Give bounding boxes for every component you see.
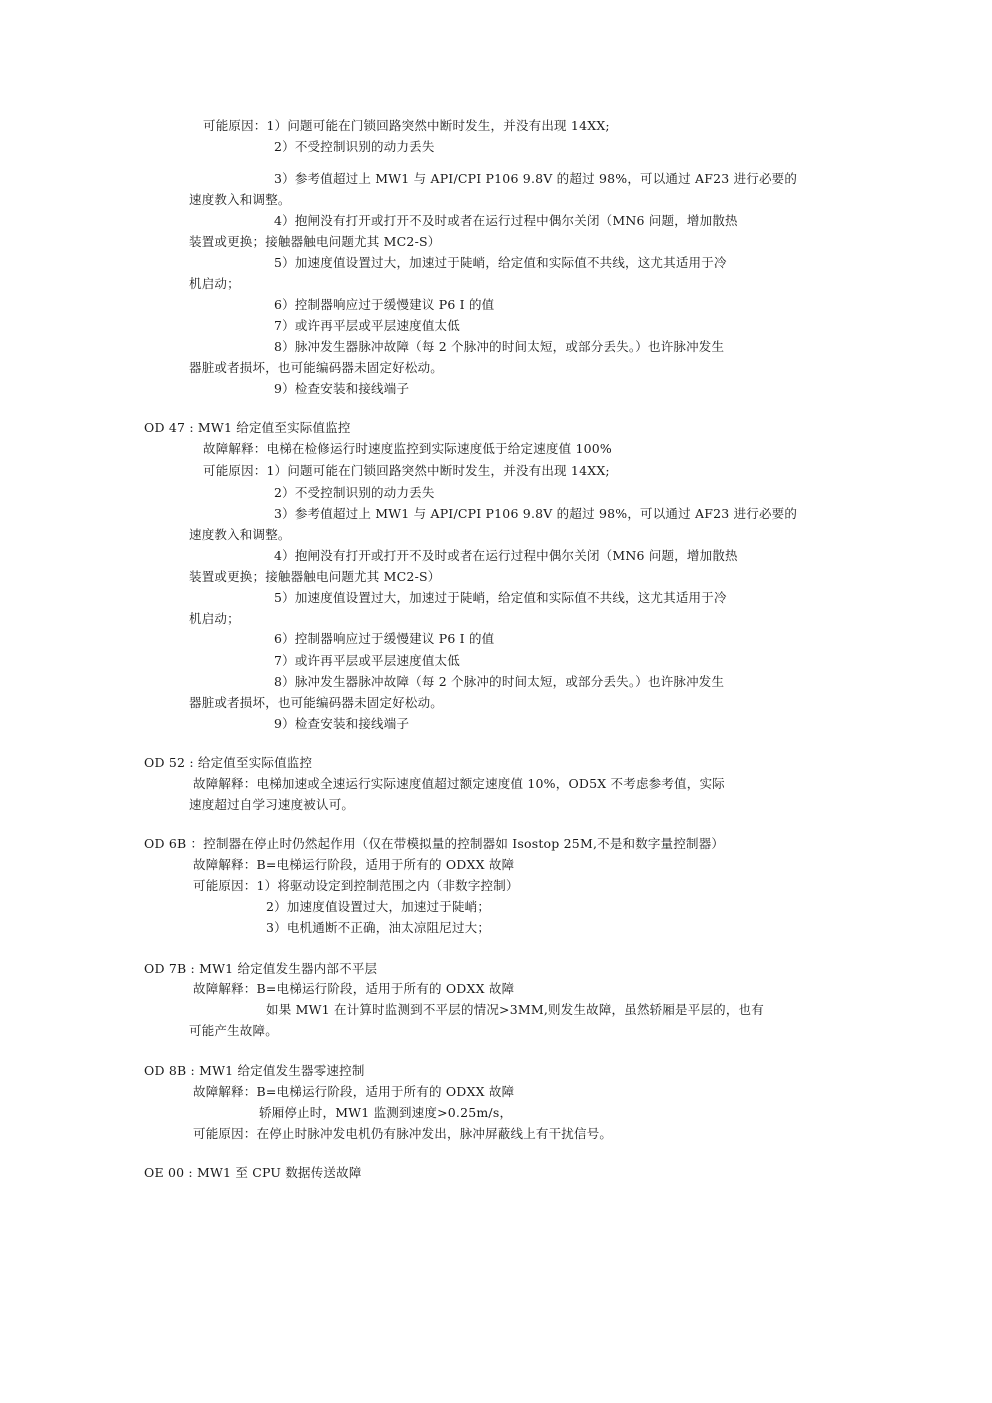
cause-item-4-cont: 装置或更换；接触器触电问题尤其 MC2-S） <box>189 569 440 585</box>
fault-explanation: 故障解释：B=电梯运行阶段，适用于所有的 ODXX 故障 <box>193 857 514 873</box>
fault-detail: 轿厢停止时，MW1 监测到速度>0.25m/s， <box>259 1105 512 1121</box>
fault-explanation: 故障解释：电梯加速或全速运行实际速度值超过额定速度值 10%，OD5X 不考虑参… <box>193 776 725 792</box>
cause-item-4: 4）抱闸没有打开或打开不及时或者在运行过程中偶尔关闭（MN6 问题，增加散热 <box>274 213 738 229</box>
fault-detail-cont: 可能产生故障。 <box>189 1023 278 1039</box>
fault-explanation: 故障解释：B=电梯运行阶段，适用于所有的 ODXX 故障 <box>193 981 514 997</box>
fault-code-title: OD 47 : MW1 给定值至实际值监控 <box>144 420 351 436</box>
cause-item-9: 9）检查安装和接线端子 <box>274 716 409 732</box>
fault-explanation: 故障解释：B=电梯运行阶段，适用于所有的 ODXX 故障 <box>193 1084 514 1100</box>
cause-item-3-cont: 速度教入和调整。 <box>189 192 291 208</box>
cause-item-2: 2）不受控制识别的动力丢失 <box>274 485 435 501</box>
cause-item-9: 9）检查安装和接线端子 <box>274 381 409 397</box>
cause-item-7: 7）或许再平层或平层速度值太低 <box>274 653 460 669</box>
cause-item-2: 2）不受控制识别的动力丢失 <box>274 139 435 155</box>
fault-explanation-cont: 速度超过自学习速度被认可。 <box>189 797 354 813</box>
cause-item-1: 可能原因：1）问题可能在门锁回路突然中断时发生，并没有出现 14XX; <box>203 463 610 479</box>
fault-explanation: 故障解释：电梯在检修运行时速度监控到实际速度低于给定速度值 100% <box>203 441 612 457</box>
cause-item-3: 3）参考值超过上 MW1 与 API/CPI P106 9.8V 的超过 98%… <box>274 506 797 522</box>
cause-item-8: 8）脉冲发生器脉冲故障（每 2 个脉冲的时间太短，或部分丢失。）也许脉冲发生 <box>274 339 724 355</box>
cause-item-3: 3）参考值超过上 MW1 与 API/CPI P106 9.8V 的超过 98%… <box>274 171 797 187</box>
fault-cause: 可能原因：在停止时脉冲发电机仍有脉冲发出，脉冲屏蔽线上有干扰信号。 <box>193 1126 612 1142</box>
cause-item-3: 3）电机通断不正确，油太凉阻尼过大； <box>266 920 490 936</box>
cause-item-6: 6）控制器响应过于缓慢建议 P6 I 的值 <box>274 631 494 647</box>
cause-item-8-cont: 器脏或者损坏，也可能编码器未固定好松动。 <box>189 695 443 711</box>
fault-code-title: OD 7B : MW1 给定值发生器内部不平层 <box>144 961 377 977</box>
cause-item-4-cont: 装置或更换；接触器触电问题尤其 MC2-S） <box>189 234 440 250</box>
cause-item-4: 4）抱闸没有打开或打开不及时或者在运行过程中偶尔关闭（MN6 问题，增加散热 <box>274 548 738 564</box>
cause-item-1: 可能原因：1）问题可能在门锁回路突然中断时发生，并没有出现 14XX; <box>203 118 610 134</box>
cause-item-7: 7）或许再平层或平层速度值太低 <box>274 318 460 334</box>
cause-item-5-cont: 机启动； <box>189 276 240 292</box>
fault-code-title: OE 00 : MW1 至 CPU 数据传送故障 <box>144 1165 362 1181</box>
fault-code-title: OD 52 : 给定值至实际值监控 <box>144 755 312 771</box>
cause-item-3-cont: 速度教入和调整。 <box>189 527 291 543</box>
cause-item-5: 5）加速度值设置过大，加速过于陡峭，给定值和实际值不共线，这尤其适用于冷 <box>274 590 727 606</box>
cause-item-5-cont: 机启动； <box>189 611 240 627</box>
cause-item-5: 5）加速度值设置过大，加速过于陡峭，给定值和实际值不共线，这尤其适用于冷 <box>274 255 727 271</box>
fault-code-title: OD 8B : MW1 给定值发生器零速控制 <box>144 1063 365 1079</box>
cause-item-2: 2）加速度值设置过大，加速过于陡峭； <box>266 899 490 915</box>
fault-detail: 如果 MW1 在计算时监测到不平层的情况>3MM,则发生故障，虽然轿厢是平层的，… <box>266 1002 764 1018</box>
cause-item-8-cont: 器脏或者损坏，也可能编码器未固定好松动。 <box>189 360 443 376</box>
document-page: 可能原因：1）问题可能在门锁回路突然中断时发生，并没有出现 14XX; 2）不受… <box>0 0 992 1403</box>
fault-code-title: OD 6B ：控制器在停止时仍然起作用（仅在带模拟量的控制器如 Isostop … <box>144 836 724 852</box>
cause-item-8: 8）脉冲发生器脉冲故障（每 2 个脉冲的时间太短，或部分丢失。）也许脉冲发生 <box>274 674 724 690</box>
cause-item-6: 6）控制器响应过于缓慢建议 P6 I 的值 <box>274 297 494 313</box>
cause-item-1: 可能原因：1）将驱动设定到控制范围之内（非数字控制） <box>193 878 519 894</box>
